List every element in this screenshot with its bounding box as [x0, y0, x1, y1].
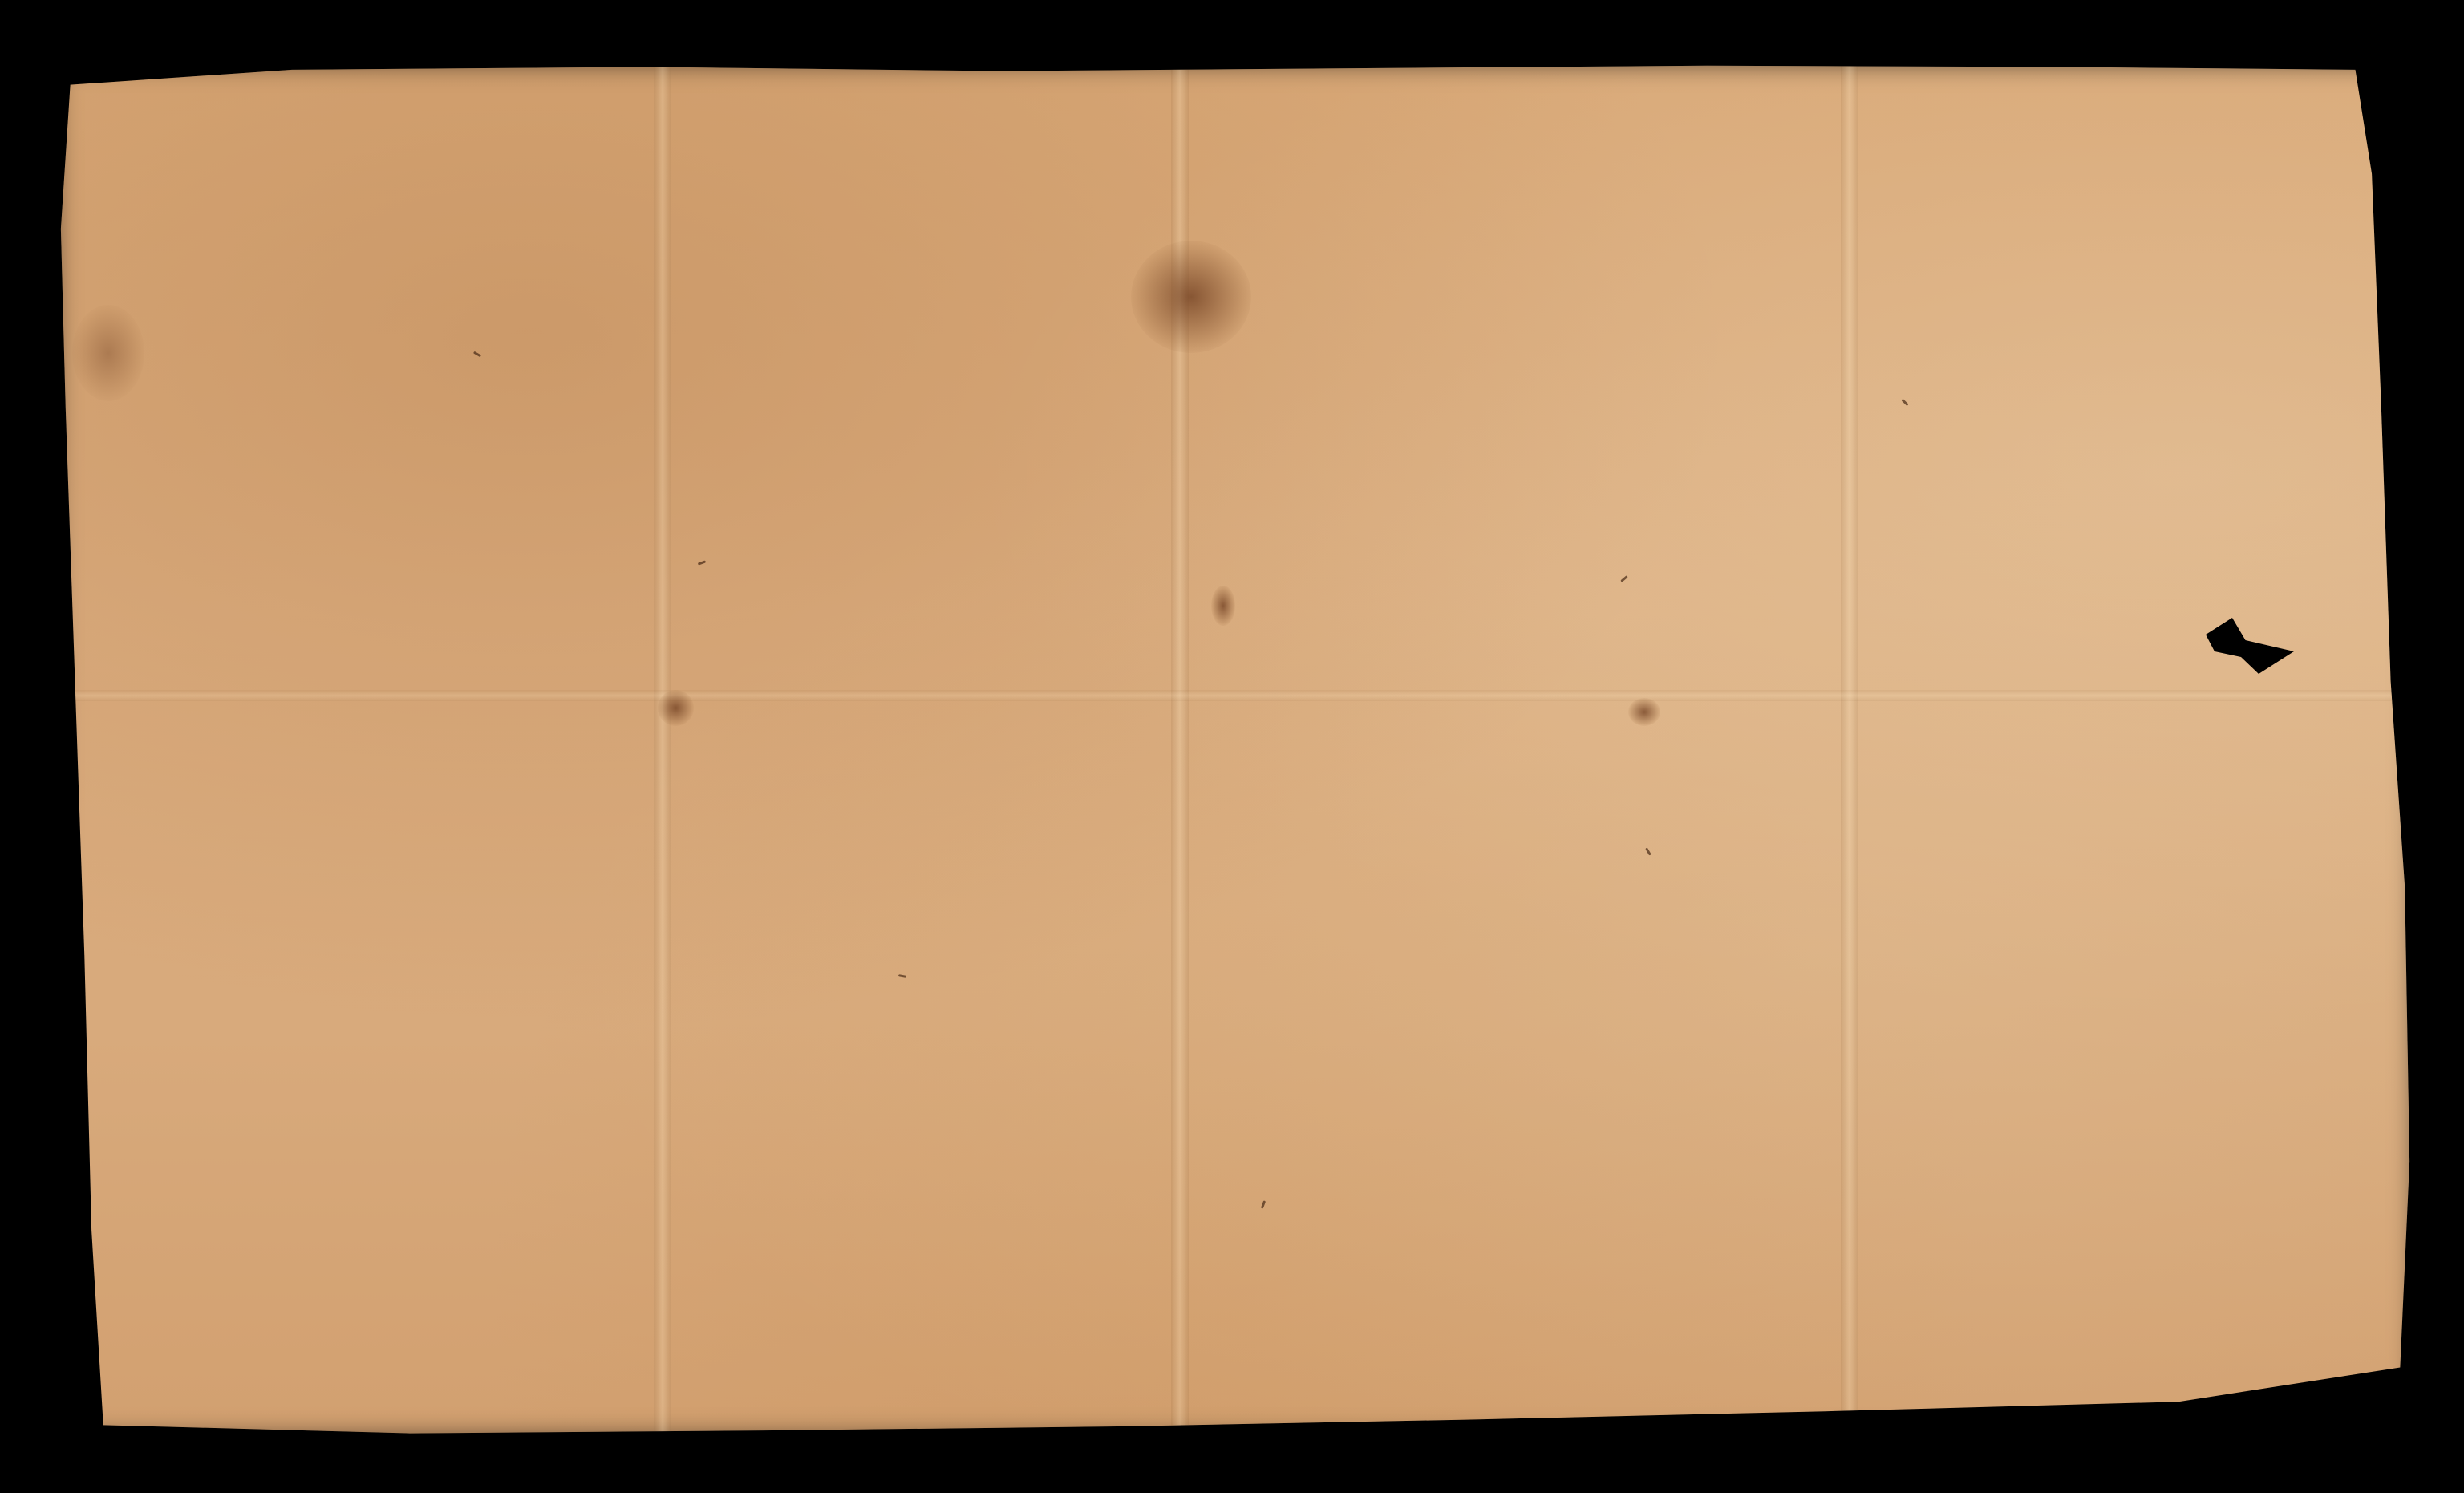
- fiber-fleck: [1645, 847, 1651, 855]
- fiber-fleck: [1901, 399, 1908, 406]
- spot-left-fold: [658, 690, 694, 726]
- photo-stage: [0, 0, 2464, 1493]
- fiber-fleck: [898, 974, 906, 978]
- spot-right-center: [1628, 698, 1660, 726]
- fiber-fleck: [1261, 1200, 1266, 1208]
- edge-stain-left: [72, 305, 144, 401]
- vertical-fold-line-3: [1841, 64, 1858, 1436]
- aged-paper-sheet: [56, 64, 2414, 1436]
- fiber-fleck: [698, 560, 706, 565]
- tear-hole-right: [2206, 618, 2294, 674]
- double-stain-top-center: [1131, 241, 1251, 353]
- fiber-fleck: [1620, 575, 1628, 582]
- vertical-fold-line-1: [654, 64, 671, 1436]
- spot-center: [1211, 586, 1235, 626]
- fiber-fleck: [473, 351, 481, 358]
- horizontal-fold-line: [56, 690, 2414, 701]
